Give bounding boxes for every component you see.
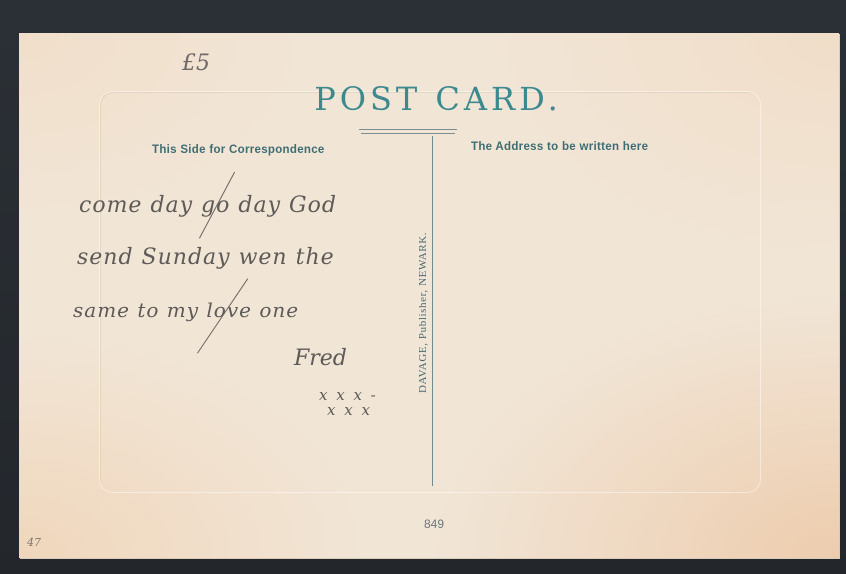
card-number: 849 bbox=[424, 517, 444, 531]
message-line-3: same to my love one bbox=[73, 298, 299, 322]
pencil-price-mark: £5 bbox=[182, 51, 210, 76]
postcard-title: POST CARD. bbox=[19, 80, 839, 118]
signature: Fred bbox=[294, 346, 347, 371]
center-divider-line bbox=[432, 136, 433, 486]
correspondence-label: This Side for Correspondence bbox=[152, 144, 325, 156]
title-underline-rule bbox=[361, 133, 455, 134]
publisher-imprint: DAVAGE, Publisher, NEWARK. bbox=[417, 232, 429, 393]
message-line-1: come day go day God bbox=[79, 193, 337, 218]
postcard-back: £5 POST CARD. This Side for Corresponden… bbox=[19, 33, 839, 558]
message-line-2: send Sunday wen the bbox=[77, 245, 335, 270]
pencil-corner-mark: 47 bbox=[27, 536, 41, 549]
kisses: x x x - x x x bbox=[319, 388, 378, 418]
address-label: The Address to be written here bbox=[471, 141, 648, 153]
title-underline-rule bbox=[359, 129, 457, 130]
kisses-line-2: x x x bbox=[319, 403, 378, 418]
